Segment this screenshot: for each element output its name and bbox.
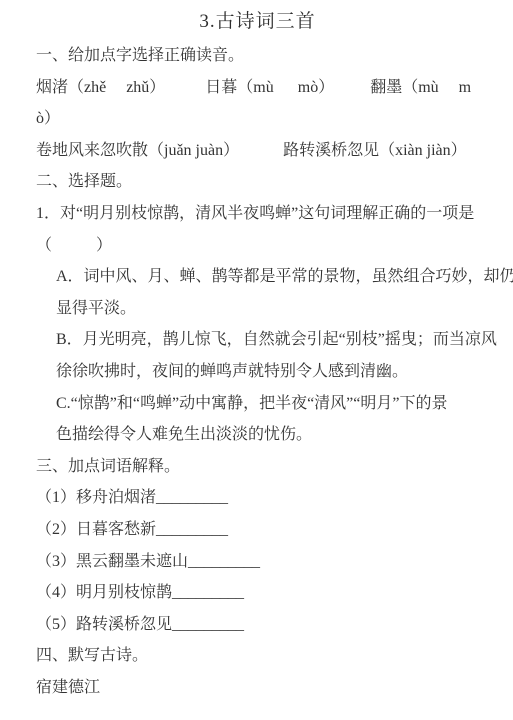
option-b-line-2: 徐徐吹拂时，夜间的蝉鸣声就特别令人感到清幽。 bbox=[36, 356, 479, 388]
pinyin-choice-line-1-wrap: ò） bbox=[36, 103, 479, 135]
option-c-line-2: 色描绘得令人难免生出淡淡的忧伤。 bbox=[36, 419, 479, 451]
section-3-heading: 三、加点词语解释。 bbox=[36, 451, 479, 483]
option-c-line-1: C.“惊鹊”和“鸣蝉”动中寓静，把半夜“清风”“明月”下的景 bbox=[36, 388, 479, 420]
explain-item-4: （4）明月别枝惊鹊_________ bbox=[36, 577, 479, 609]
section-2-heading: 二、选择题。 bbox=[36, 166, 479, 198]
explain-item-1: （1）移舟泊烟渚_________ bbox=[36, 482, 479, 514]
document-page: { "header": { "title": "3.古诗词三首" }, "s1"… bbox=[0, 0, 513, 720]
pinyin-choice-line-2: 卷地风来忽吹散（juǎn juàn） 路转溪桥忽见（xiàn jiàn） bbox=[36, 135, 479, 167]
worksheet-page: 3.古诗词三首 一、给加点字选择正确读音。 烟渚（zhě zhǔ） 日暮（mù … bbox=[0, 0, 513, 720]
explain-item-2: （2）日暮客愁新_________ bbox=[36, 514, 479, 546]
option-b-line-1: B．月光明亮，鹊儿惊飞，自然就会引起“别枝”摇曳；而当凉风 bbox=[36, 324, 479, 356]
poem-title: 宿建德江 bbox=[36, 672, 479, 704]
question-1-stem: 1．对“明月别枝惊鹊，清风半夜鸣蝉”这句词理解正确的一项是 bbox=[36, 198, 479, 230]
option-a-line-1: A．词中风、月、蝉、鹊等都是平常的景物，虽然组合巧妙，却仍 bbox=[36, 261, 479, 293]
option-a-line-2: 显得平淡。 bbox=[36, 293, 479, 325]
question-1-answer-blank: （ ） bbox=[36, 230, 479, 262]
page-title: 3.古诗词三首 bbox=[36, 4, 479, 40]
pinyin-choice-line-1: 烟渚（zhě zhǔ） 日暮（mù mò） 翻墨（mù m bbox=[36, 72, 479, 104]
section-4-heading: 四、默写古诗。 bbox=[36, 640, 479, 672]
explain-item-3: （3）黑云翻墨未遮山_________ bbox=[36, 546, 479, 578]
section-1-heading: 一、给加点字选择正确读音。 bbox=[36, 40, 479, 72]
explain-item-5: （5）路转溪桥忽见_________ bbox=[36, 609, 479, 641]
